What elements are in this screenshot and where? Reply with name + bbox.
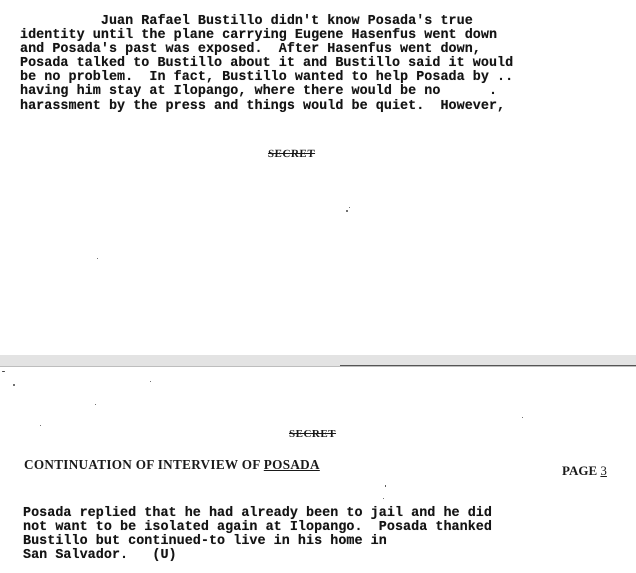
text-line: San Salvador. (U) (23, 549, 492, 563)
scan-speck (346, 210, 348, 212)
text-line: Posada replied that he had already been … (23, 507, 492, 521)
page-label: PAGE (562, 463, 600, 478)
text-line: and Posada's past was exposed. After Has… (20, 43, 513, 57)
continuation-header: CONTINUATION OF INTERVIEW OF POSADA (24, 457, 320, 473)
scan-speck (150, 381, 151, 382)
classification-marking-footer: SECRET (268, 148, 316, 160)
text-line: Posada talked to Bustillo about it and B… (20, 57, 513, 71)
classification-marking-header: SECRET (289, 428, 336, 440)
text-line: harassment by the press and things would… (20, 100, 513, 114)
text-line: Bustillo but continued-to live in his ho… (23, 535, 492, 549)
text-line: be no problem. In fact, Bustillo wanted … (20, 71, 513, 85)
text-line: Juan Rafael Bustillo didn't know Posada'… (20, 15, 513, 29)
scan-speck (2, 371, 5, 372)
body-paragraph-top: Juan Rafael Bustillo didn't know Posada'… (20, 15, 513, 114)
continuation-prefix: CONTINUATION OF INTERVIEW OF (24, 457, 264, 472)
scan-speck (97, 258, 98, 259)
text-line: having him stay at Ilopango, where there… (20, 85, 513, 99)
scan-speck (95, 404, 96, 405)
scan-speck (13, 384, 15, 386)
text-line: not want to be isolated again at Ilopang… (23, 521, 492, 535)
page-divider-rule (340, 365, 636, 366)
scan-speck (522, 417, 523, 418)
page-number: 3 (600, 463, 607, 478)
scan-speck (383, 498, 384, 499)
body-paragraph-bottom: Posada replied that he had already been … (23, 507, 492, 563)
text-line: identity until the plane carrying Eugene… (20, 29, 513, 43)
page-number-label: PAGE 3 (562, 463, 607, 479)
scan-speck (349, 207, 350, 208)
continuation-subject: POSADA (264, 457, 320, 472)
scan-speck (40, 425, 41, 426)
scan-speck (385, 485, 386, 487)
